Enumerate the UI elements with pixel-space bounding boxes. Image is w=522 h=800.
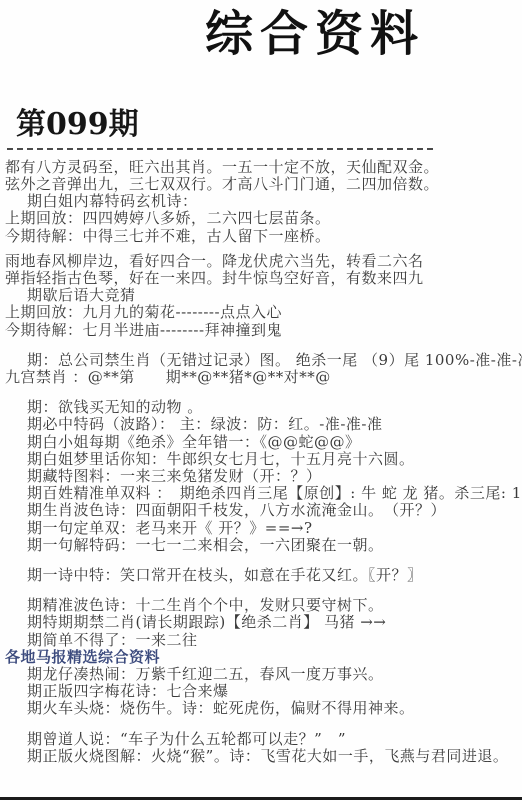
text-line: 期一诗中特：笑口常开在枝头，如意在手花又红。〖开？〗 xyxy=(0,567,522,584)
text-line: 期藏特图料：一来三来兔猪发财（开：？） xyxy=(0,468,522,485)
text-line: 期必中特码（波路）： 主：绿波：防：红。-准-准-准 xyxy=(0,416,522,433)
text-line: 期精准波色诗：十二生肖个个中，发财只要守树下。 xyxy=(0,597,522,614)
text-line: 都有八方灵码至，旺六出其肖。一五一十定不放，天仙配双金。 xyxy=(0,159,522,176)
text-line: 期曾道人说：“车子为什么五轮都可以走？” ” xyxy=(0,731,522,748)
highlight-heading: 各地马报精选综合资料 xyxy=(0,649,522,666)
section-heading: 期白姐内幕特码玄机诗： xyxy=(0,193,522,210)
page-title: 综合资料 xyxy=(0,0,522,61)
text-line: 期百姓精准单双料 ： 期绝杀四肖三尾【原创】: 牛 蛇 龙 猪。杀三尾: 1、2… xyxy=(0,485,522,502)
document-body: 都有八方灵码至，旺六出其肖。一五一十定不放，天仙配双金。 弦外之音弹出九，三七双… xyxy=(0,150,522,765)
section-heading: 期歇后语大竞猜 xyxy=(0,287,522,304)
text-line: 雨地春风柳岸边，看好四合一。降龙伏虎六当先，转看二六名 xyxy=(0,253,522,270)
text-line: 期白姐梦里话你知：牛郎织女七月七，十五月亮十六圆。 xyxy=(0,451,522,468)
text-line: 期正版火烧图解：火烧“猴”。诗：飞雪花大如一手，飞燕与君同进退。 xyxy=(0,748,522,765)
text-line: 期特期期禁二肖(请长期跟踪)【绝杀二肖】 马猪 →→ xyxy=(0,614,522,631)
text-line: 期生肖波色诗：四面朝阳千枝发，八方水流淹金山。 （开？） xyxy=(0,502,522,519)
text-line: 弦外之音弹出九，三七双双行。才高八斗门门通，二四加倍数。 xyxy=(0,176,522,193)
text-line: 期龙仔凑热闹：万紫千红迎二五，春风一度万事兴。 xyxy=(0,666,522,683)
text-line: 上期回放：九月九的菊花--------点点入心 xyxy=(0,304,522,321)
text-line: 期：总公司禁生肖（无错过记录）图。 绝杀一尾 （9）尾 100%-准-准-准 xyxy=(0,352,522,369)
document-page: 综合资料 第099期 都有八方灵码至，旺六出其肖。一五一十定不放，天仙配双金。 … xyxy=(0,0,522,800)
text-line: 弹指轻指古色琴，好在一来四。封牛惊鸟空好音，有数来四九 xyxy=(0,270,522,287)
text-line: 期简单不得了：一来二往 xyxy=(0,632,522,649)
text-line: 期火车头烧：烧伤牛。诗：蛇死虎伤，偏财不得用神来。 xyxy=(0,700,522,717)
text-line: 期：欲钱买无知的动物 。 xyxy=(0,399,522,416)
text-line: 期一句解特码：一七一二来相会，一六团聚在一朝。 xyxy=(0,537,522,554)
text-line: 九宫禁肖 ：@**第 期**@**猪*@**对**@ xyxy=(0,369,522,386)
issue-number: 第099期 xyxy=(0,108,522,141)
text-line: 期一句定单双：老马来开《 开？》==→? xyxy=(0,520,522,537)
text-line: 期正版四字梅花诗：七合来爆 xyxy=(0,683,522,700)
text-line: 今期待解：中得三七并不难，古人留下一座桥。 xyxy=(0,228,522,245)
text-line: 上期回放：四四娉婷八多娇，二六四七层苗条。 xyxy=(0,210,522,227)
text-line: 今期待解：七月半进庙--------拜神撞到鬼 xyxy=(0,322,522,339)
text-line: 期白小姐每期《绝杀》全年错一：《@@蛇@@》 xyxy=(0,434,522,451)
